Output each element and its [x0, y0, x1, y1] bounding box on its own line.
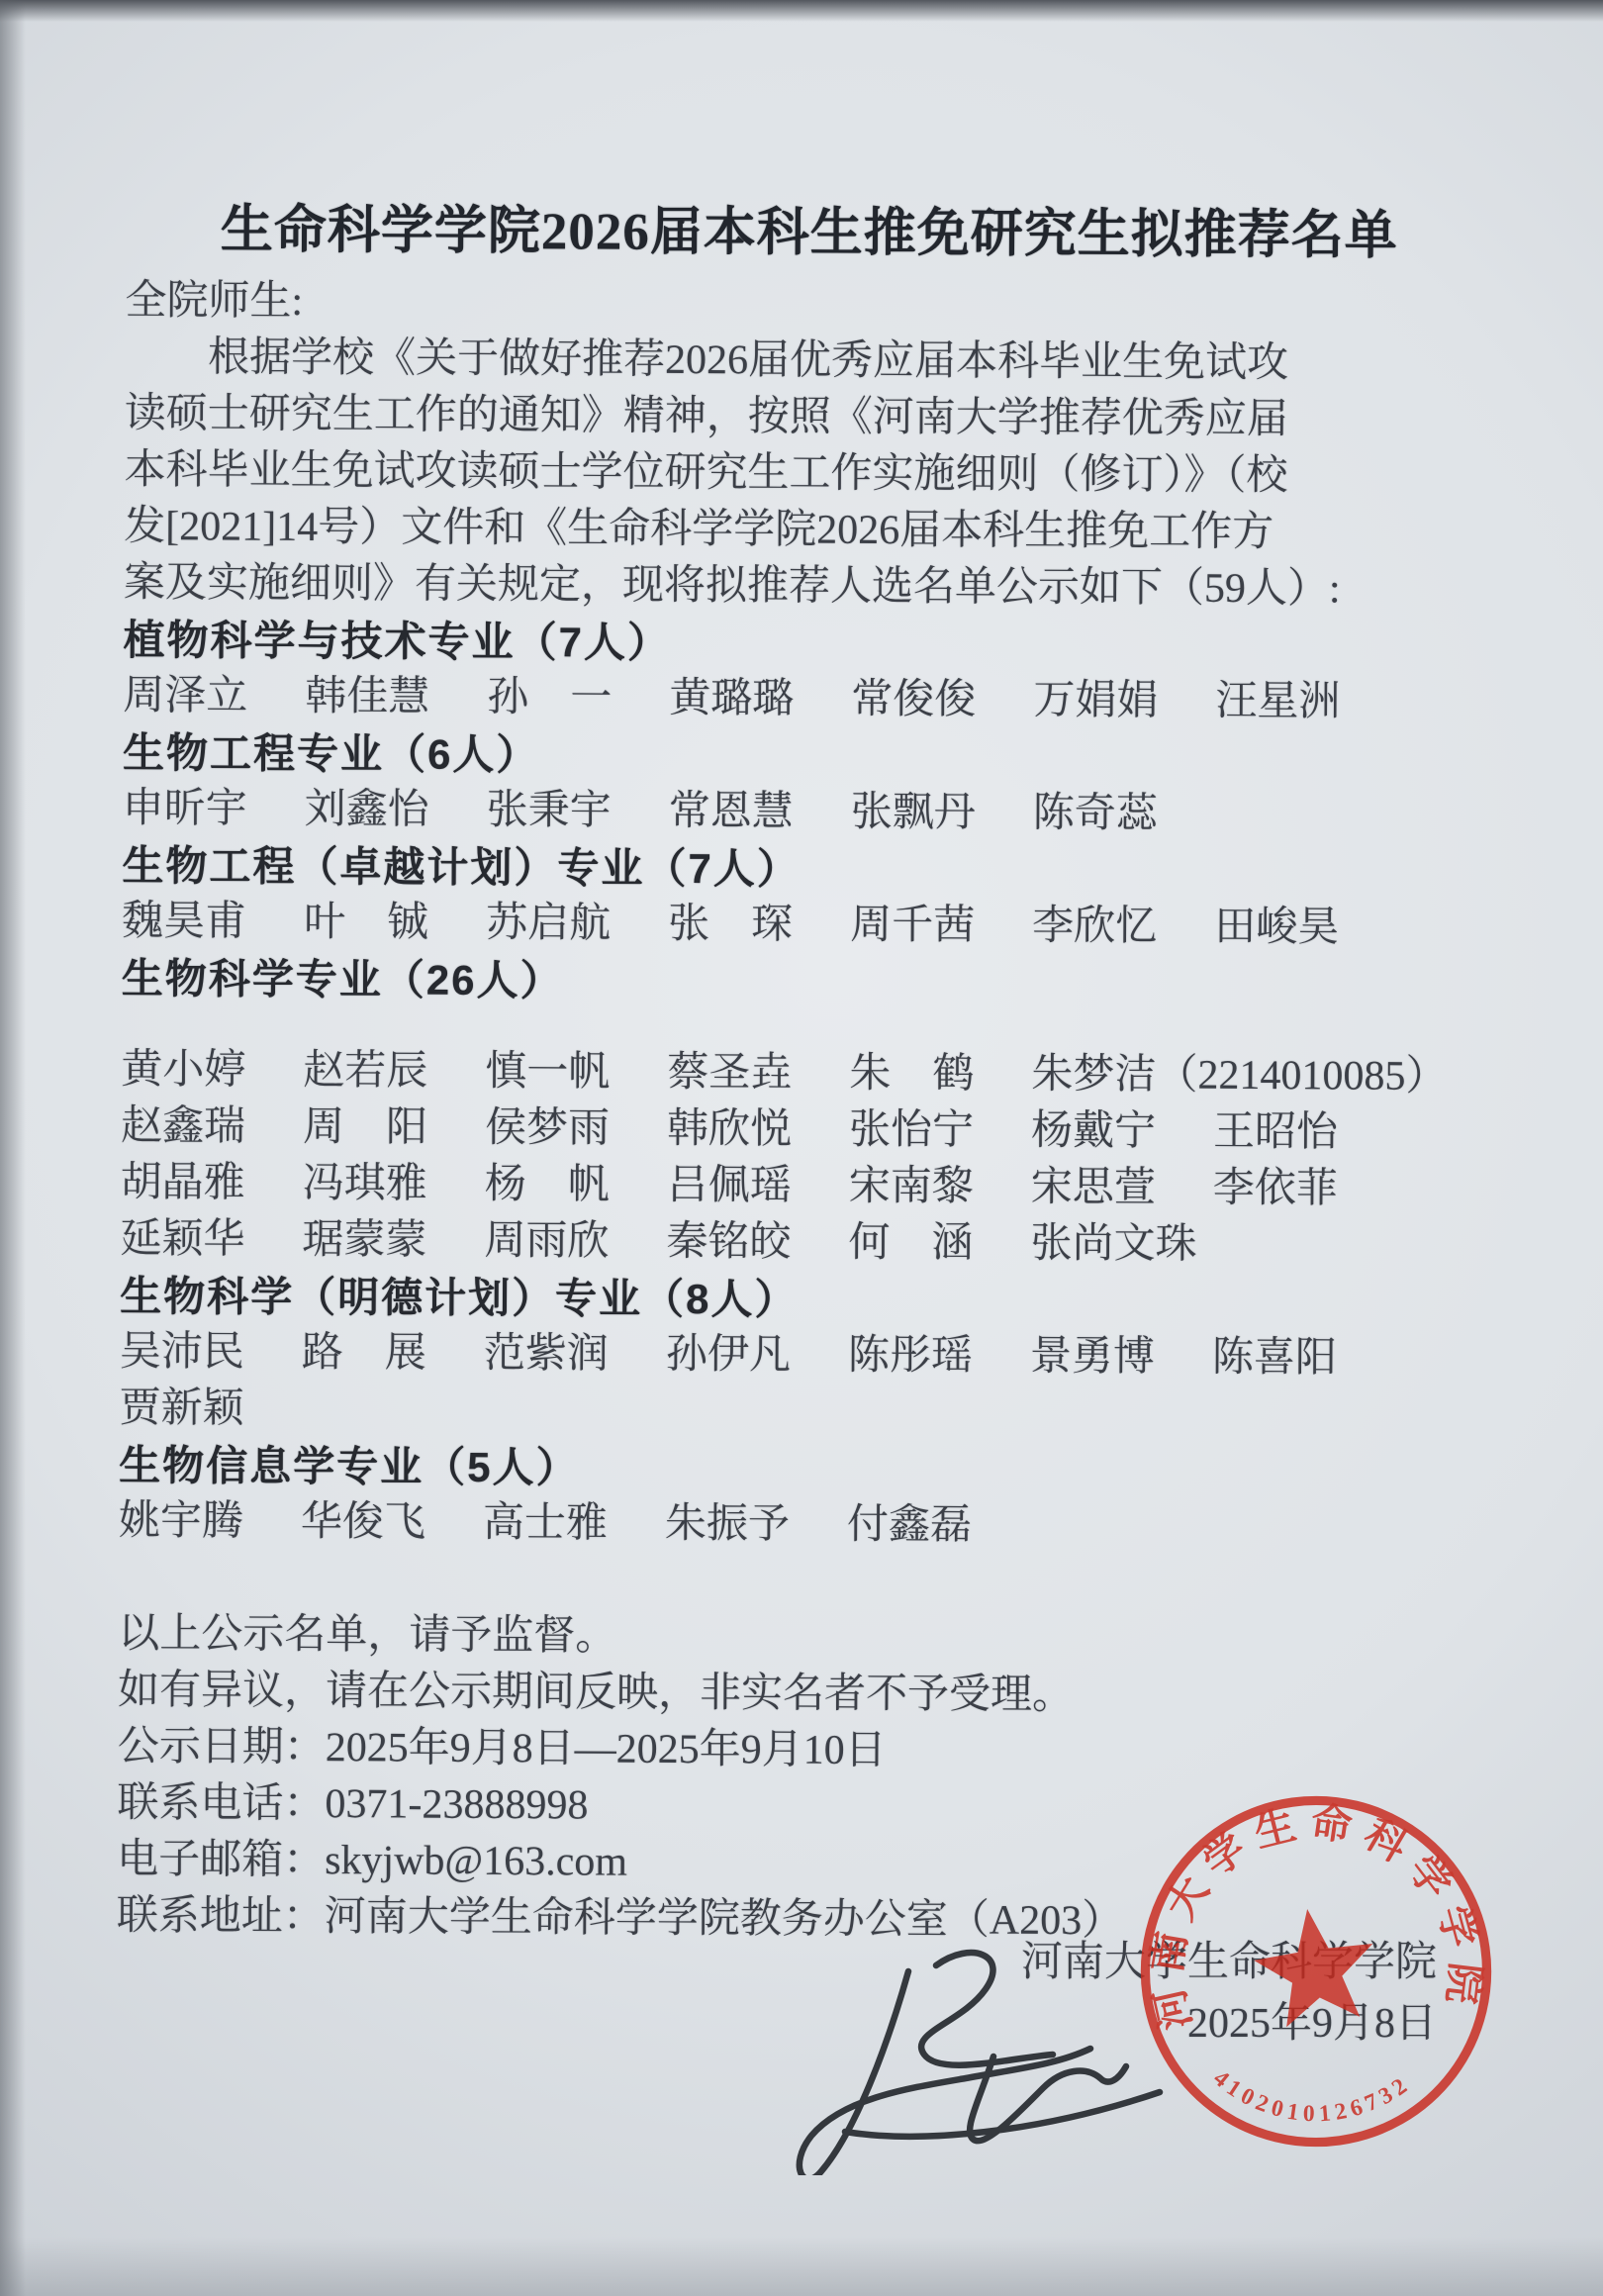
student-name: 万娟娟 — [1033, 678, 1158, 724]
student-name: 周泽立 — [123, 673, 247, 719]
student-name: 黄璐璐 — [669, 676, 794, 722]
student-name: 陈喜阳 — [1212, 1335, 1337, 1382]
names-line: 魏昊甫叶 铖苏启航张 琛周千茜李欣忆田峻昊 — [122, 894, 1489, 957]
names-line: 贾新颖 — [119, 1381, 1486, 1444]
student-name: 陈彤瑶 — [848, 1333, 973, 1380]
closing-line: 以上公示名单，请予监督。 — [118, 1606, 1485, 1670]
student-name: 吕佩瑶 — [667, 1163, 792, 1209]
paragraph-line: 读硕士研究生工作的通知》精神，按照《河南大学推荐优秀应届 — [125, 386, 1492, 449]
student-name: 华俊飞 — [301, 1499, 425, 1546]
student-name: 朱振予 — [665, 1501, 790, 1548]
section-header: 生物科学（明德计划）专业（8人） — [120, 1268, 1487, 1331]
student-name: 张飘丹 — [851, 790, 976, 836]
names-line: 周泽立韩佳慧孙 一黄璐璐常俊俊万娟娟汪星洲 — [123, 668, 1490, 731]
student-name: 韩佳慧 — [305, 674, 429, 720]
student-name: 秦铭皎 — [666, 1219, 791, 1266]
student-name: 魏昊甫 — [122, 899, 246, 945]
student-name: 刘鑫怡 — [305, 787, 429, 833]
student-name: 侯梦雨 — [485, 1105, 610, 1152]
student-name: 吴沛民 — [120, 1329, 244, 1376]
student-name: 张尚文珠 — [1030, 1221, 1196, 1268]
student-name: 路 展 — [302, 1330, 426, 1377]
section-header: 生物工程专业（6人） — [123, 724, 1490, 788]
student-name: 叶 铖 — [304, 900, 428, 946]
document-body: 根据学校《关于做好推荐2026届优秀应届本科毕业生免试攻读硕士研究生工作的通知》… — [117, 330, 1493, 1952]
paragraph-line: 发[2021]14号）文件和《生命科学学院2026届本科生推免工作方 — [124, 499, 1491, 562]
student-name: 赵鑫瑞 — [121, 1103, 245, 1150]
student-name: 苏启航 — [486, 901, 611, 947]
closing-line: 公示日期：2025年9月8日—2025年9月10日 — [118, 1719, 1485, 1782]
student-name: 申昕宇 — [123, 786, 247, 832]
student-name: 蔡圣垚 — [667, 1050, 792, 1097]
student-name: 何 涵 — [848, 1220, 973, 1267]
student-name: 常恩慧 — [669, 789, 794, 835]
names-line: 胡晶雅冯琪雅杨 帆吕佩瑶宋南黎宋思萱李依菲 — [121, 1155, 1488, 1218]
student-name: 冯琪雅 — [303, 1161, 427, 1207]
student-name: 李依菲 — [1213, 1166, 1338, 1212]
names-line: 姚宇腾华俊飞高士雅朱振予付鑫磊 — [119, 1493, 1486, 1557]
student-name: 汪星洲 — [1215, 679, 1340, 725]
section-header: 生物工程（卓越计划）专业（7人） — [122, 837, 1489, 901]
student-name: 胡晶雅 — [121, 1160, 245, 1206]
names-line: 黄小婷赵若辰慎一帆蔡圣垚朱 鹤朱梦洁（2214010085） — [121, 1042, 1488, 1105]
student-name: 贾新颖 — [119, 1386, 243, 1432]
student-name: 宋思萱 — [1031, 1165, 1156, 1211]
student-name: 黄小婷 — [121, 1047, 245, 1094]
paragraph-line: 本科毕业生免试攻读硕士学位研究生工作实施细则（修订）》（校 — [124, 442, 1491, 506]
student-name: 张秉宇 — [487, 788, 612, 834]
student-name: 张 琛 — [668, 902, 793, 948]
document-title: 生命科学学院2026届本科生推免研究生拟推荐名单 — [126, 0, 1494, 268]
student-name: 杨 帆 — [485, 1162, 610, 1208]
student-name: 周 阳 — [303, 1104, 427, 1151]
student-name: 李欣忆 — [1032, 904, 1157, 950]
salutation: 全院师生: — [125, 273, 1492, 336]
paragraph-line: 根据学校《关于做好推荐2026届优秀应届本科毕业生免试攻 — [125, 330, 1492, 393]
section-header: 植物科学与技术专业（7人） — [123, 612, 1490, 675]
photo-shadow-left — [0, 0, 26, 2296]
seal-star-icon — [1248, 1901, 1382, 2031]
student-name: 景勇博 — [1030, 1334, 1155, 1381]
names-line: 延颖华琚蒙蒙周雨欣秦铭皎何 涵张尚文珠 — [120, 1211, 1487, 1275]
photo-shadow-bottom — [0, 2237, 1603, 2296]
student-name: 慎一帆 — [485, 1049, 610, 1096]
student-name: 韩欣悦 — [667, 1106, 792, 1153]
names-line: 赵鑫瑞周 阳侯梦雨韩欣悦张怡宁杨戴宁王昭怡 — [121, 1099, 1488, 1162]
student-name: 张怡宁 — [849, 1107, 974, 1154]
student-name: 孙伊凡 — [666, 1332, 791, 1379]
section-header: 生物信息学专业（5人） — [119, 1437, 1486, 1500]
paragraph-line: 案及实施细则》有关规定，现将拟推荐人选名单公示如下（59人）: — [124, 555, 1491, 619]
official-seal: 河南大学生命科学学院 4102010126732 — [1103, 1759, 1528, 2183]
student-name: 杨戴宁 — [1031, 1108, 1156, 1155]
student-name: 田峻昊 — [1214, 905, 1339, 951]
student-name: 周千茜 — [850, 903, 975, 949]
student-name: 王昭怡 — [1213, 1109, 1338, 1156]
student-name: 朱 鹤 — [849, 1051, 974, 1098]
student-name: 宋南黎 — [849, 1164, 974, 1210]
student-name: 范紫润 — [484, 1331, 609, 1378]
student-name: 朱梦洁（2214010085） — [1031, 1052, 1447, 1100]
student-name: 孙 一 — [487, 675, 612, 721]
student-name: 陈奇蕊 — [1033, 791, 1158, 837]
handwritten-signature — [760, 1938, 1176, 2175]
student-name: 常俊俊 — [851, 677, 976, 723]
document-page: 生命科学学院2026届本科生推免研究生拟推荐名单 全院师生: 根据学校《关于做好… — [117, 0, 1494, 1952]
names-line: 吴沛民路 展范紫润孙伊凡陈彤瑶景勇博陈喜阳 — [120, 1324, 1487, 1387]
student-name: 琚蒙蒙 — [302, 1217, 426, 1264]
student-name: 付鑫磊 — [847, 1502, 972, 1549]
student-name: 延颖华 — [120, 1216, 244, 1263]
closing-line: 如有异议，请在公示期间反映，非实名者不予受理。 — [118, 1663, 1485, 1726]
section-header: 生物科学专业（26人） — [122, 950, 1489, 1013]
names-line: 申昕宇刘鑫怡张秉宇常恩慧张飘丹陈奇蕊 — [123, 781, 1490, 844]
student-name: 姚宇腾 — [119, 1498, 243, 1545]
student-name: 周雨欣 — [484, 1218, 609, 1265]
student-name: 赵若辰 — [303, 1048, 427, 1095]
student-name: 高士雅 — [483, 1500, 608, 1547]
